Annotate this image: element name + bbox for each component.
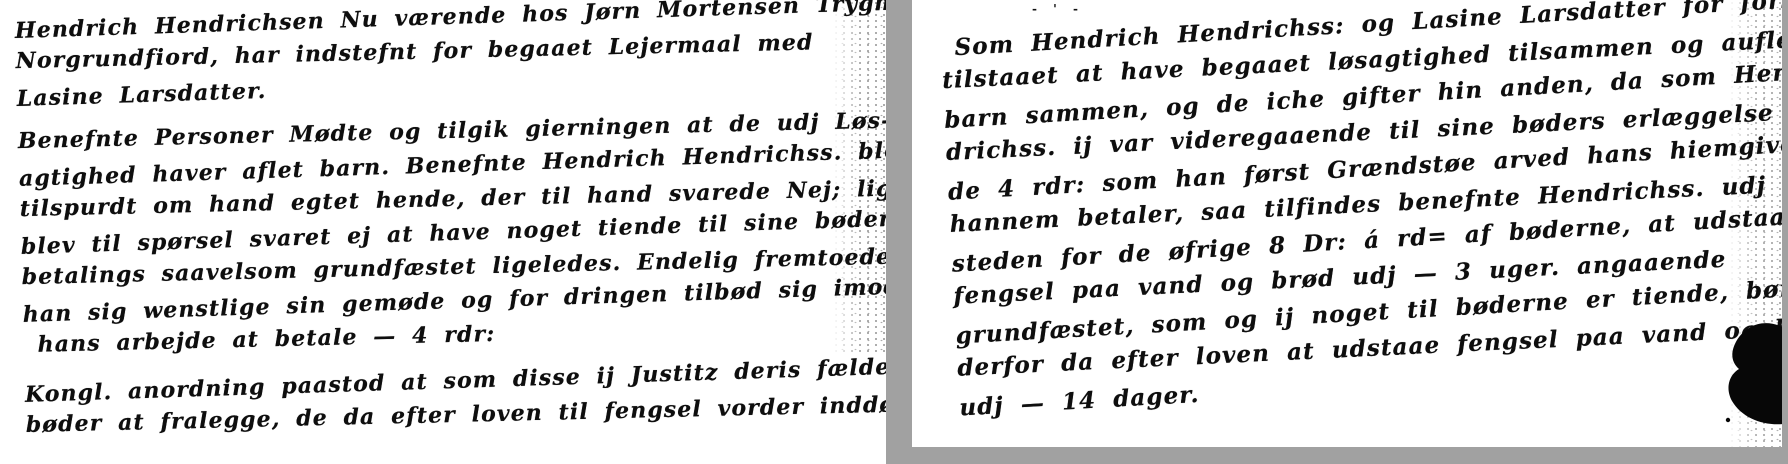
- ink-blot-icon: [1720, 316, 1782, 428]
- right-page-text-block: Som Hendrich Hendrichss: og Lasine Larsd…: [912, 0, 1782, 425]
- scanner-strip-bottom: [886, 447, 1788, 464]
- manuscript-scan: Hendrich Hendrichsen Nu værende hos Jørn…: [0, 0, 1788, 464]
- right-page: - ' - Som Hendrich Hendrichss: og Lasine…: [912, 0, 1782, 447]
- scanner-strip-right: [1782, 0, 1788, 464]
- left-page: Hendrich Hendrichsen Nu værende hos Jørn…: [0, 0, 886, 464]
- scanner-gutter: [886, 0, 912, 464]
- left-page-text-block: Hendrich Hendrichsen Nu værende hos Jørn…: [0, 0, 886, 444]
- scan-speckle-noise: [832, 0, 886, 352]
